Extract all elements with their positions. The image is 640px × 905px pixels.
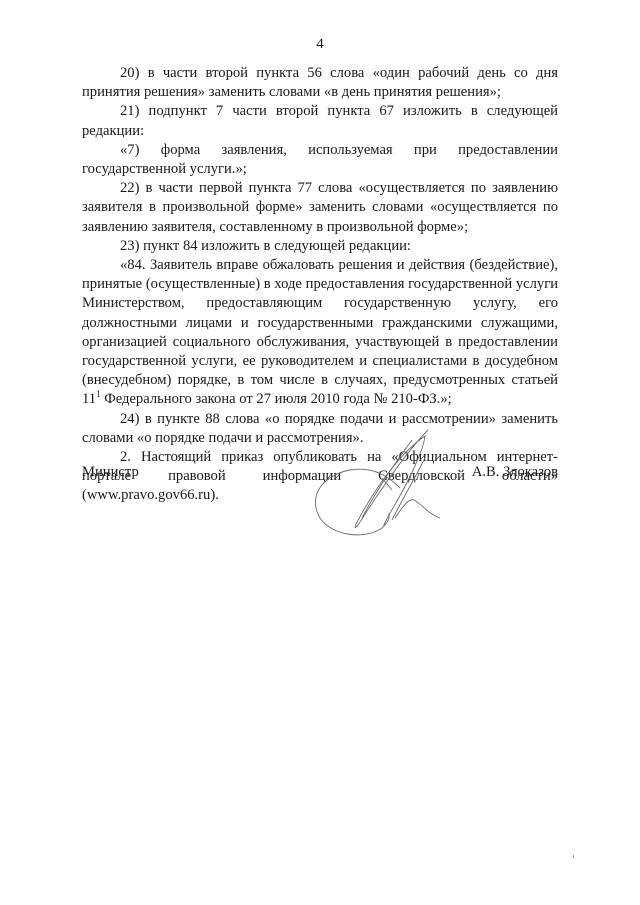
paragraph-item-23: 23) пункт 84 изложить в следующей редакц… [82, 237, 558, 256]
signatory-title: Министр [82, 464, 139, 481]
quote-84-tail: Федерального закона от 27 июля 2010 года… [101, 391, 452, 407]
paragraph-quote-84: «84. Заявитель вправе обжаловать решения… [82, 256, 558, 410]
paragraph-item-21: 21) подпункт 7 части второй пункта 67 из… [82, 102, 558, 140]
paragraph-item-22: 22) в части первой пункта 77 слова «осущ… [82, 179, 558, 237]
page-number: 4 [0, 36, 640, 53]
signatory-name: А.В. Злоказов [472, 464, 558, 481]
quote-84-text: «84. Заявитель вправе обжаловать решения… [82, 257, 558, 407]
paragraph-quote-7: «7) форма заявления, используемая при пр… [82, 141, 558, 179]
handwritten-signature-icon [290, 428, 470, 568]
paragraph-item-20: 20) в части второй пункта 56 слова «один… [82, 64, 558, 102]
scan-artifact [573, 855, 574, 858]
